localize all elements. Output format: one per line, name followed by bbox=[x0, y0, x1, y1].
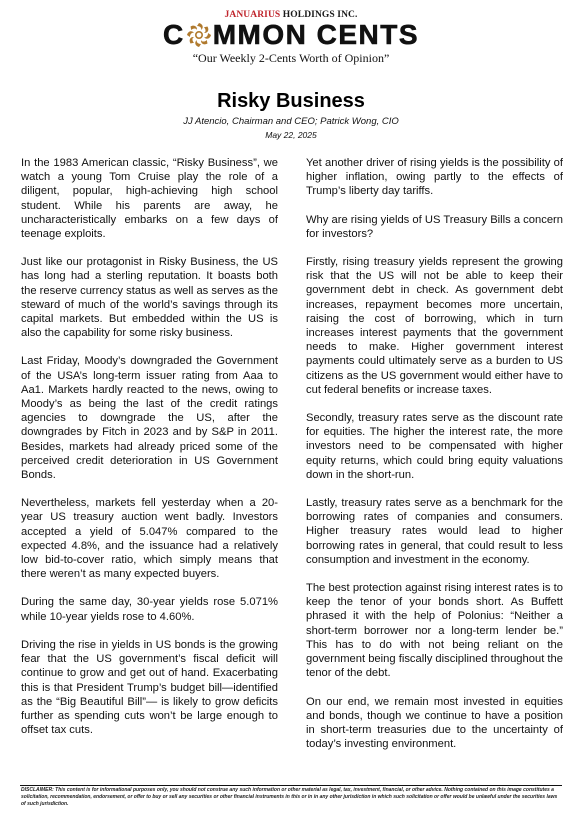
paragraph: During the same day, 30-year yields rose… bbox=[21, 595, 278, 623]
paragraph: Last Friday, Moody’s downgraded the Gove… bbox=[21, 354, 278, 482]
paragraph: The best protection against rising inter… bbox=[306, 581, 563, 680]
question-heading: Why are rising yields of US Treasury Bil… bbox=[306, 213, 563, 241]
paragraph: Just like our protagonist in Risky Busin… bbox=[21, 255, 278, 340]
brand-text-end: MMON CENTS bbox=[213, 22, 419, 48]
tagline: “Our Weekly 2-Cents Worth of Opinion” bbox=[0, 51, 582, 65]
disclaimer: DISCLAIMER: This content is for informat… bbox=[21, 787, 562, 809]
paragraph: On our end, we remain most invested in e… bbox=[306, 695, 563, 752]
masthead: JANUARIUS HOLDINGS INC. C bbox=[0, 10, 582, 65]
newsletter-brand: C MMON CENTS bbox=[0, 22, 582, 48]
right-column: Yet another driver of rising yields is t… bbox=[306, 156, 563, 765]
footer-divider bbox=[20, 785, 562, 786]
article-title: Risky Business bbox=[0, 90, 582, 112]
paragraph: Secondly, treasury rates serve as the di… bbox=[306, 411, 563, 482]
brand-text-start: C bbox=[163, 22, 185, 48]
gold-sunburst-icon bbox=[186, 22, 212, 48]
paragraph: Driving the rise in yields in US bonds i… bbox=[21, 638, 278, 737]
left-column: In the 1983 American classic, “Risky Bus… bbox=[21, 156, 278, 751]
paragraph: Nevertheless, markets fell yesterday whe… bbox=[21, 496, 278, 581]
article-byline: JJ Atencio, Chairman and CEO; Patrick Wo… bbox=[0, 116, 582, 128]
paragraph: Yet another driver of rising yields is t… bbox=[306, 156, 563, 199]
article-date: May 22, 2025 bbox=[0, 130, 582, 141]
paragraph: Lastly, treasury rates serve as a benchm… bbox=[306, 496, 563, 567]
paragraph: Firstly, rising treasury yields represen… bbox=[306, 255, 563, 397]
paragraph: In the 1983 American classic, “Risky Bus… bbox=[21, 156, 278, 241]
